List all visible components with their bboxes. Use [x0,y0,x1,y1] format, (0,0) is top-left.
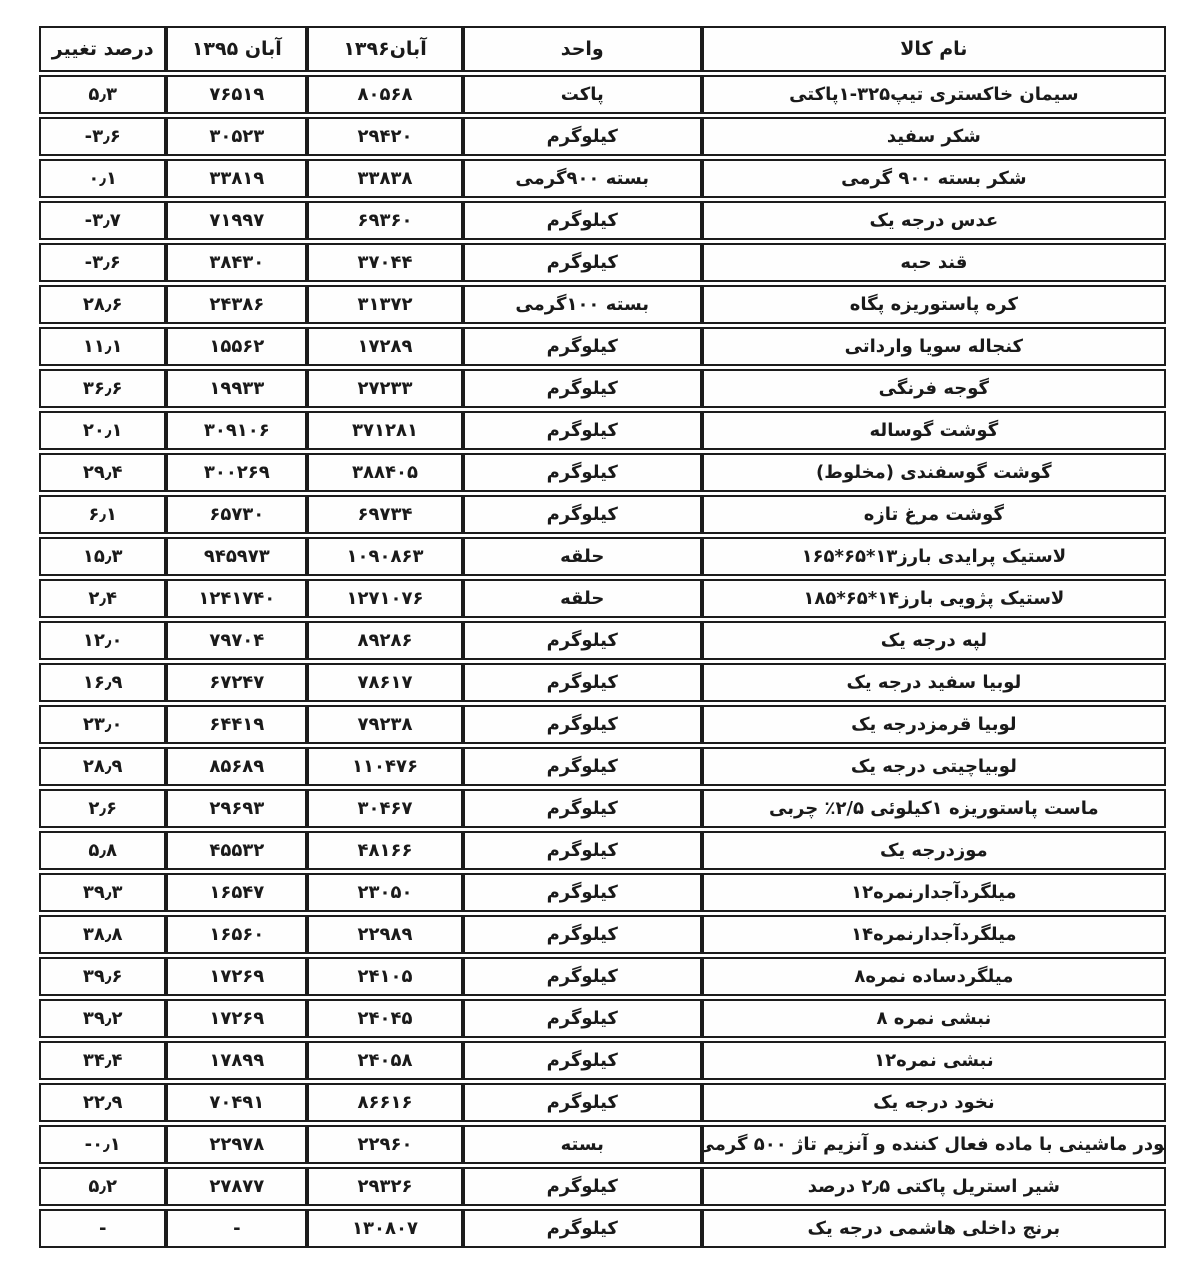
header-percent-change: درصد تغییر [39,26,166,72]
cell-price-1395: ۱۶۵۶۰ [166,915,307,954]
cell-price-1395: ۱۹۹۳۳ [166,369,307,408]
cell-product-name: گوشت مرغ تازه [702,495,1166,534]
cell-price-1396: ۲۲۹۸۹ [307,915,463,954]
cell-percent-change: ۳۹٫۳ [39,873,166,912]
cell-unit: بسته [463,1125,702,1164]
table-row: شکر سفیدکیلوگرم۲۹۴۲۰۳۰۵۲۳-۳٫۶ [39,117,1166,156]
cell-price-1395: ۱۷۲۶۹ [166,957,307,996]
cell-percent-change: ۱۱٫۱ [39,327,166,366]
cell-unit: حلقه [463,537,702,576]
cell-unit: کیلوگرم [463,915,702,954]
cell-price-1395: ۱۵۵۶۲ [166,327,307,366]
cell-price-1395: ۱۶۵۴۷ [166,873,307,912]
cell-percent-change: ۳۶٫۶ [39,369,166,408]
table-row: ماست پاستوریزه ۱کیلوئی ۲/۵٪ چربیکیلوگرم۳… [39,789,1166,828]
cell-price-1395: ۴۵۵۳۲ [166,831,307,870]
cell-price-1396: ۶۹۳۶۰ [307,201,463,240]
cell-price-1396: ۲۴۰۴۵ [307,999,463,1038]
table-header-row: نام کالا واحد آبان۱۳۹۶ آبان ۱۳۹۵ درصد تغ… [39,26,1166,72]
table-row: گوشت گوسالهکیلوگرم۳۷۱۲۸۱۳۰۹۱۰۶۲۰٫۱ [39,411,1166,450]
table-row: نبشی نمره۱۲کیلوگرم۲۴۰۵۸۱۷۸۹۹۳۴٫۴ [39,1041,1166,1080]
cell-price-1396: ۴۸۱۶۶ [307,831,463,870]
cell-percent-change: ۱۵٫۳ [39,537,166,576]
cell-percent-change: -۰٫۱ [39,1125,166,1164]
cell-percent-change: ۵٫۳ [39,75,166,114]
cell-price-1395: ۹۴۵۹۷۳ [166,537,307,576]
cell-product-name: لوبیاچیتی درجه یک [702,747,1166,786]
table-row: لوبیاچیتی درجه یککیلوگرم۱۱۰۴۷۶۸۵۶۸۹۲۸٫۹ [39,747,1166,786]
cell-product-name: نبشی نمره۱۲ [702,1041,1166,1080]
cell-percent-change: -۳٫۶ [39,243,166,282]
cell-unit: حلقه [463,579,702,618]
cell-product-name: لاستیک پژویی بارز۱۴*۶۵*۱۸۵ [702,579,1166,618]
cell-product-name: نبشی نمره ۸ [702,999,1166,1038]
cell-product-name: گوشت گوساله [702,411,1166,450]
cell-percent-change: ۲۳٫۰ [39,705,166,744]
cell-price-1395: ۲۲۹۷۸ [166,1125,307,1164]
table-row: گوشت گوسفندی (مخلوط)کیلوگرم۳۸۸۴۰۵۳۰۰۲۶۹۲… [39,453,1166,492]
cell-price-1395: ۳۰۹۱۰۶ [166,411,307,450]
cell-price-1395: ۶۴۴۱۹ [166,705,307,744]
table-row: شیر استریل پاکتی ۲٫۵ درصدکیلوگرم۲۹۳۲۶۲۷۸… [39,1167,1166,1206]
cell-product-name: شکر سفید [702,117,1166,156]
cell-price-1395: ۶۷۲۴۷ [166,663,307,702]
cell-unit: کیلوگرم [463,495,702,534]
cell-price-1396: ۱۰۹۰۸۶۳ [307,537,463,576]
cell-price-1396: ۲۷۲۳۳ [307,369,463,408]
cell-product-name: قند حبه [702,243,1166,282]
cell-product-name: لاستیک پرایدی بارز۱۳*۶۵*۱۶۵ [702,537,1166,576]
cell-price-1396: ۸۹۲۸۶ [307,621,463,660]
cell-unit: پاکت [463,75,702,114]
cell-price-1395: ۳۸۴۳۰ [166,243,307,282]
cell-percent-change: ۱۲٫۰ [39,621,166,660]
cell-price-1396: ۳۷۱۲۸۱ [307,411,463,450]
cell-price-1396: ۸۶۶۱۶ [307,1083,463,1122]
cell-product-name: میلگردساده نمره۸ [702,957,1166,996]
cell-price-1396: ۲۹۴۲۰ [307,117,463,156]
table-row: لوبیا سفید درجه یککیلوگرم۷۸۶۱۷۶۷۲۴۷۱۶٫۹ [39,663,1166,702]
cell-price-1396: ۳۱۳۷۲ [307,285,463,324]
cell-product-name: ماست پاستوریزه ۱کیلوئی ۲/۵٪ چربی [702,789,1166,828]
cell-unit: کیلوگرم [463,411,702,450]
cell-percent-change: ۰٫۱ [39,159,166,198]
cell-product-name: لوبیا قرمزدرجه یک [702,705,1166,744]
cell-percent-change: ۲۰٫۱ [39,411,166,450]
cell-product-name: برنج داخلی هاشمی درجه یک [702,1209,1166,1248]
cell-product-name: لوبیا سفید درجه یک [702,663,1166,702]
cell-unit: کیلوگرم [463,1209,702,1248]
cell-price-1396: ۶۹۷۳۴ [307,495,463,534]
cell-product-name: عدس درجه یک [702,201,1166,240]
cell-product-name: شیر استریل پاکتی ۲٫۵ درصد [702,1167,1166,1206]
cell-unit: کیلوگرم [463,327,702,366]
cell-price-1395: ۳۳۸۱۹ [166,159,307,198]
header-product-name: نام کالا [702,26,1166,72]
cell-product-name: لپه درجه یک [702,621,1166,660]
cell-percent-change: - [39,1209,166,1248]
table-row: میلگردآجدارنمره۱۴کیلوگرم۲۲۹۸۹۱۶۵۶۰۳۸٫۸ [39,915,1166,954]
cell-percent-change: ۳۴٫۴ [39,1041,166,1080]
cell-unit: کیلوگرم [463,201,702,240]
table-body: سیمان خاکستری تیپ۳۲۵-۱پاکتیپاکت۸۰۵۶۸۷۶۵۱… [39,75,1166,1248]
cell-price-1395: ۱۷۸۹۹ [166,1041,307,1080]
table-row: سیمان خاکستری تیپ۳۲۵-۱پاکتیپاکت۸۰۵۶۸۷۶۵۱… [39,75,1166,114]
cell-price-1395: ۷۱۹۹۷ [166,201,307,240]
cell-price-1395: ۲۷۸۷۷ [166,1167,307,1206]
cell-unit: کیلوگرم [463,453,702,492]
table-row: لوبیا قرمزدرجه یککیلوگرم۷۹۲۳۸۶۴۴۱۹۲۳٫۰ [39,705,1166,744]
table-row: لاستیک پرایدی بارز۱۳*۶۵*۱۶۵حلقه۱۰۹۰۸۶۳۹۴… [39,537,1166,576]
cell-price-1396: ۲۳۰۵۰ [307,873,463,912]
cell-unit: کیلوگرم [463,999,702,1038]
cell-price-1396: ۳۳۸۳۸ [307,159,463,198]
cell-price-1396: ۱۲۷۱۰۷۶ [307,579,463,618]
table-row: میلگردآجدارنمره۱۲کیلوگرم۲۳۰۵۰۱۶۵۴۷۳۹٫۳ [39,873,1166,912]
table-row: عدس درجه یککیلوگرم۶۹۳۶۰۷۱۹۹۷-۳٫۷ [39,201,1166,240]
cell-percent-change: ۵٫۸ [39,831,166,870]
table-row: برنج داخلی هاشمی درجه یککیلوگرم۱۳۰۸۰۷-- [39,1209,1166,1248]
table-row: گوجه فرنگیکیلوگرم۲۷۲۳۳۱۹۹۳۳۳۶٫۶ [39,369,1166,408]
cell-price-1395: - [166,1209,307,1248]
cell-price-1396: ۸۰۵۶۸ [307,75,463,114]
cell-price-1395: ۱۲۴۱۷۴۰ [166,579,307,618]
cell-price-1395: ۷۰۴۹۱ [166,1083,307,1122]
cell-price-1396: ۲۹۳۲۶ [307,1167,463,1206]
document-page: نام کالا واحد آبان۱۳۹۶ آبان ۱۳۹۵ درصد تغ… [0,0,1200,1279]
cell-product-name: میلگردآجدارنمره۱۴ [702,915,1166,954]
cell-percent-change: ۲٫۴ [39,579,166,618]
commodity-price-table: نام کالا واحد آبان۱۳۹۶ آبان ۱۳۹۵ درصد تغ… [39,26,1166,1251]
cell-percent-change: ۳۹٫۶ [39,957,166,996]
cell-unit: کیلوگرم [463,663,702,702]
cell-price-1396: ۲۲۹۶۰ [307,1125,463,1164]
cell-unit: کیلوگرم [463,705,702,744]
cell-product-name: نخود درجه یک [702,1083,1166,1122]
cell-price-1395: ۱۷۲۶۹ [166,999,307,1038]
cell-unit: بسته ۱۰۰گرمی [463,285,702,324]
cell-unit: کیلوگرم [463,789,702,828]
table-row: کره پاستوریزه پگاهبسته ۱۰۰گرمی۳۱۳۷۲۲۴۳۸۶… [39,285,1166,324]
cell-unit: کیلوگرم [463,873,702,912]
table-row: کنجاله سویا وارداتیکیلوگرم۱۷۲۸۹۱۵۵۶۲۱۱٫۱ [39,327,1166,366]
cell-unit: کیلوگرم [463,117,702,156]
table-row: لپه درجه یککیلوگرم۸۹۲۸۶۷۹۷۰۴۱۲٫۰ [39,621,1166,660]
cell-price-1395: ۳۰۰۲۶۹ [166,453,307,492]
cell-product-name: کنجاله سویا وارداتی [702,327,1166,366]
header-unit: واحد [463,26,702,72]
cell-product-name: شکر بسته ۹۰۰ گرمی [702,159,1166,198]
table-row: شکر بسته ۹۰۰ گرمیبسته ۹۰۰گرمی۳۳۸۳۸۳۳۸۱۹۰… [39,159,1166,198]
cell-percent-change: ۳۹٫۲ [39,999,166,1038]
cell-unit: کیلوگرم [463,1041,702,1080]
cell-product-name: میلگردآجدارنمره۱۲ [702,873,1166,912]
cell-product-name: سیمان خاکستری تیپ۳۲۵-۱پاکتی [702,75,1166,114]
cell-percent-change: ۲۲٫۹ [39,1083,166,1122]
cell-product-name: موزدرجه یک [702,831,1166,870]
cell-percent-change: -۳٫۷ [39,201,166,240]
header-aban-1395: آبان ۱۳۹۵ [166,26,307,72]
cell-percent-change: ۲٫۶ [39,789,166,828]
cell-price-1396: ۱۱۰۴۷۶ [307,747,463,786]
table-row: لاستیک پژویی بارز۱۴*۶۵*۱۸۵حلقه۱۲۷۱۰۷۶۱۲۴… [39,579,1166,618]
cell-price-1396: ۲۴۱۰۵ [307,957,463,996]
cell-price-1395: ۶۵۷۳۰ [166,495,307,534]
cell-price-1395: ۳۰۵۲۳ [166,117,307,156]
cell-price-1395: ۸۵۶۸۹ [166,747,307,786]
cell-product-name: گوجه فرنگی [702,369,1166,408]
cell-unit: کیلوگرم [463,621,702,660]
table-row: قند حبهکیلوگرم۳۷۰۴۴۳۸۴۳۰-۳٫۶ [39,243,1166,282]
cell-price-1396: ۲۴۰۵۸ [307,1041,463,1080]
cell-percent-change: ۱۶٫۹ [39,663,166,702]
cell-price-1396: ۱۳۰۸۰۷ [307,1209,463,1248]
table-row: گوشت مرغ تازهکیلوگرم۶۹۷۳۴۶۵۷۳۰۶٫۱ [39,495,1166,534]
cell-price-1395: ۲۴۳۸۶ [166,285,307,324]
cell-percent-change: ۲۹٫۴ [39,453,166,492]
cell-product-name: کره پاستوریزه پگاه [702,285,1166,324]
cell-unit: کیلوگرم [463,369,702,408]
cell-percent-change: -۳٫۶ [39,117,166,156]
cell-percent-change: ۵٫۲ [39,1167,166,1206]
cell-unit: کیلوگرم [463,747,702,786]
cell-percent-change: ۲۸٫۹ [39,747,166,786]
cell-unit: کیلوگرم [463,1167,702,1206]
table-row: پودر ماشینی با ماده فعال کننده و آنزیم ت… [39,1125,1166,1164]
table-row: نبشی نمره ۸کیلوگرم۲۴۰۴۵۱۷۲۶۹۳۹٫۲ [39,999,1166,1038]
table-row: موزدرجه یککیلوگرم۴۸۱۶۶۴۵۵۳۲۵٫۸ [39,831,1166,870]
cell-price-1395: ۲۹۶۹۳ [166,789,307,828]
cell-unit: کیلوگرم [463,243,702,282]
table-row: نخود درجه یککیلوگرم۸۶۶۱۶۷۰۴۹۱۲۲٫۹ [39,1083,1166,1122]
table-row: میلگردساده نمره۸کیلوگرم۲۴۱۰۵۱۷۲۶۹۳۹٫۶ [39,957,1166,996]
cell-product-name: پودر ماشینی با ماده فعال کننده و آنزیم ت… [702,1125,1166,1164]
cell-price-1395: ۷۶۵۱۹ [166,75,307,114]
cell-percent-change: ۲۸٫۶ [39,285,166,324]
cell-product-name: گوشت گوسفندی (مخلوط) [702,453,1166,492]
cell-price-1396: ۳۷۰۴۴ [307,243,463,282]
header-aban-1396: آبان۱۳۹۶ [307,26,463,72]
cell-unit: بسته ۹۰۰گرمی [463,159,702,198]
cell-price-1396: ۳۸۸۴۰۵ [307,453,463,492]
cell-price-1395: ۷۹۷۰۴ [166,621,307,660]
cell-price-1396: ۷۹۲۳۸ [307,705,463,744]
cell-percent-change: ۳۸٫۸ [39,915,166,954]
cell-price-1396: ۱۷۲۸۹ [307,327,463,366]
cell-unit: کیلوگرم [463,957,702,996]
cell-price-1396: ۳۰۴۶۷ [307,789,463,828]
cell-percent-change: ۶٫۱ [39,495,166,534]
cell-unit: کیلوگرم [463,831,702,870]
cell-unit: کیلوگرم [463,1083,702,1122]
cell-price-1396: ۷۸۶۱۷ [307,663,463,702]
